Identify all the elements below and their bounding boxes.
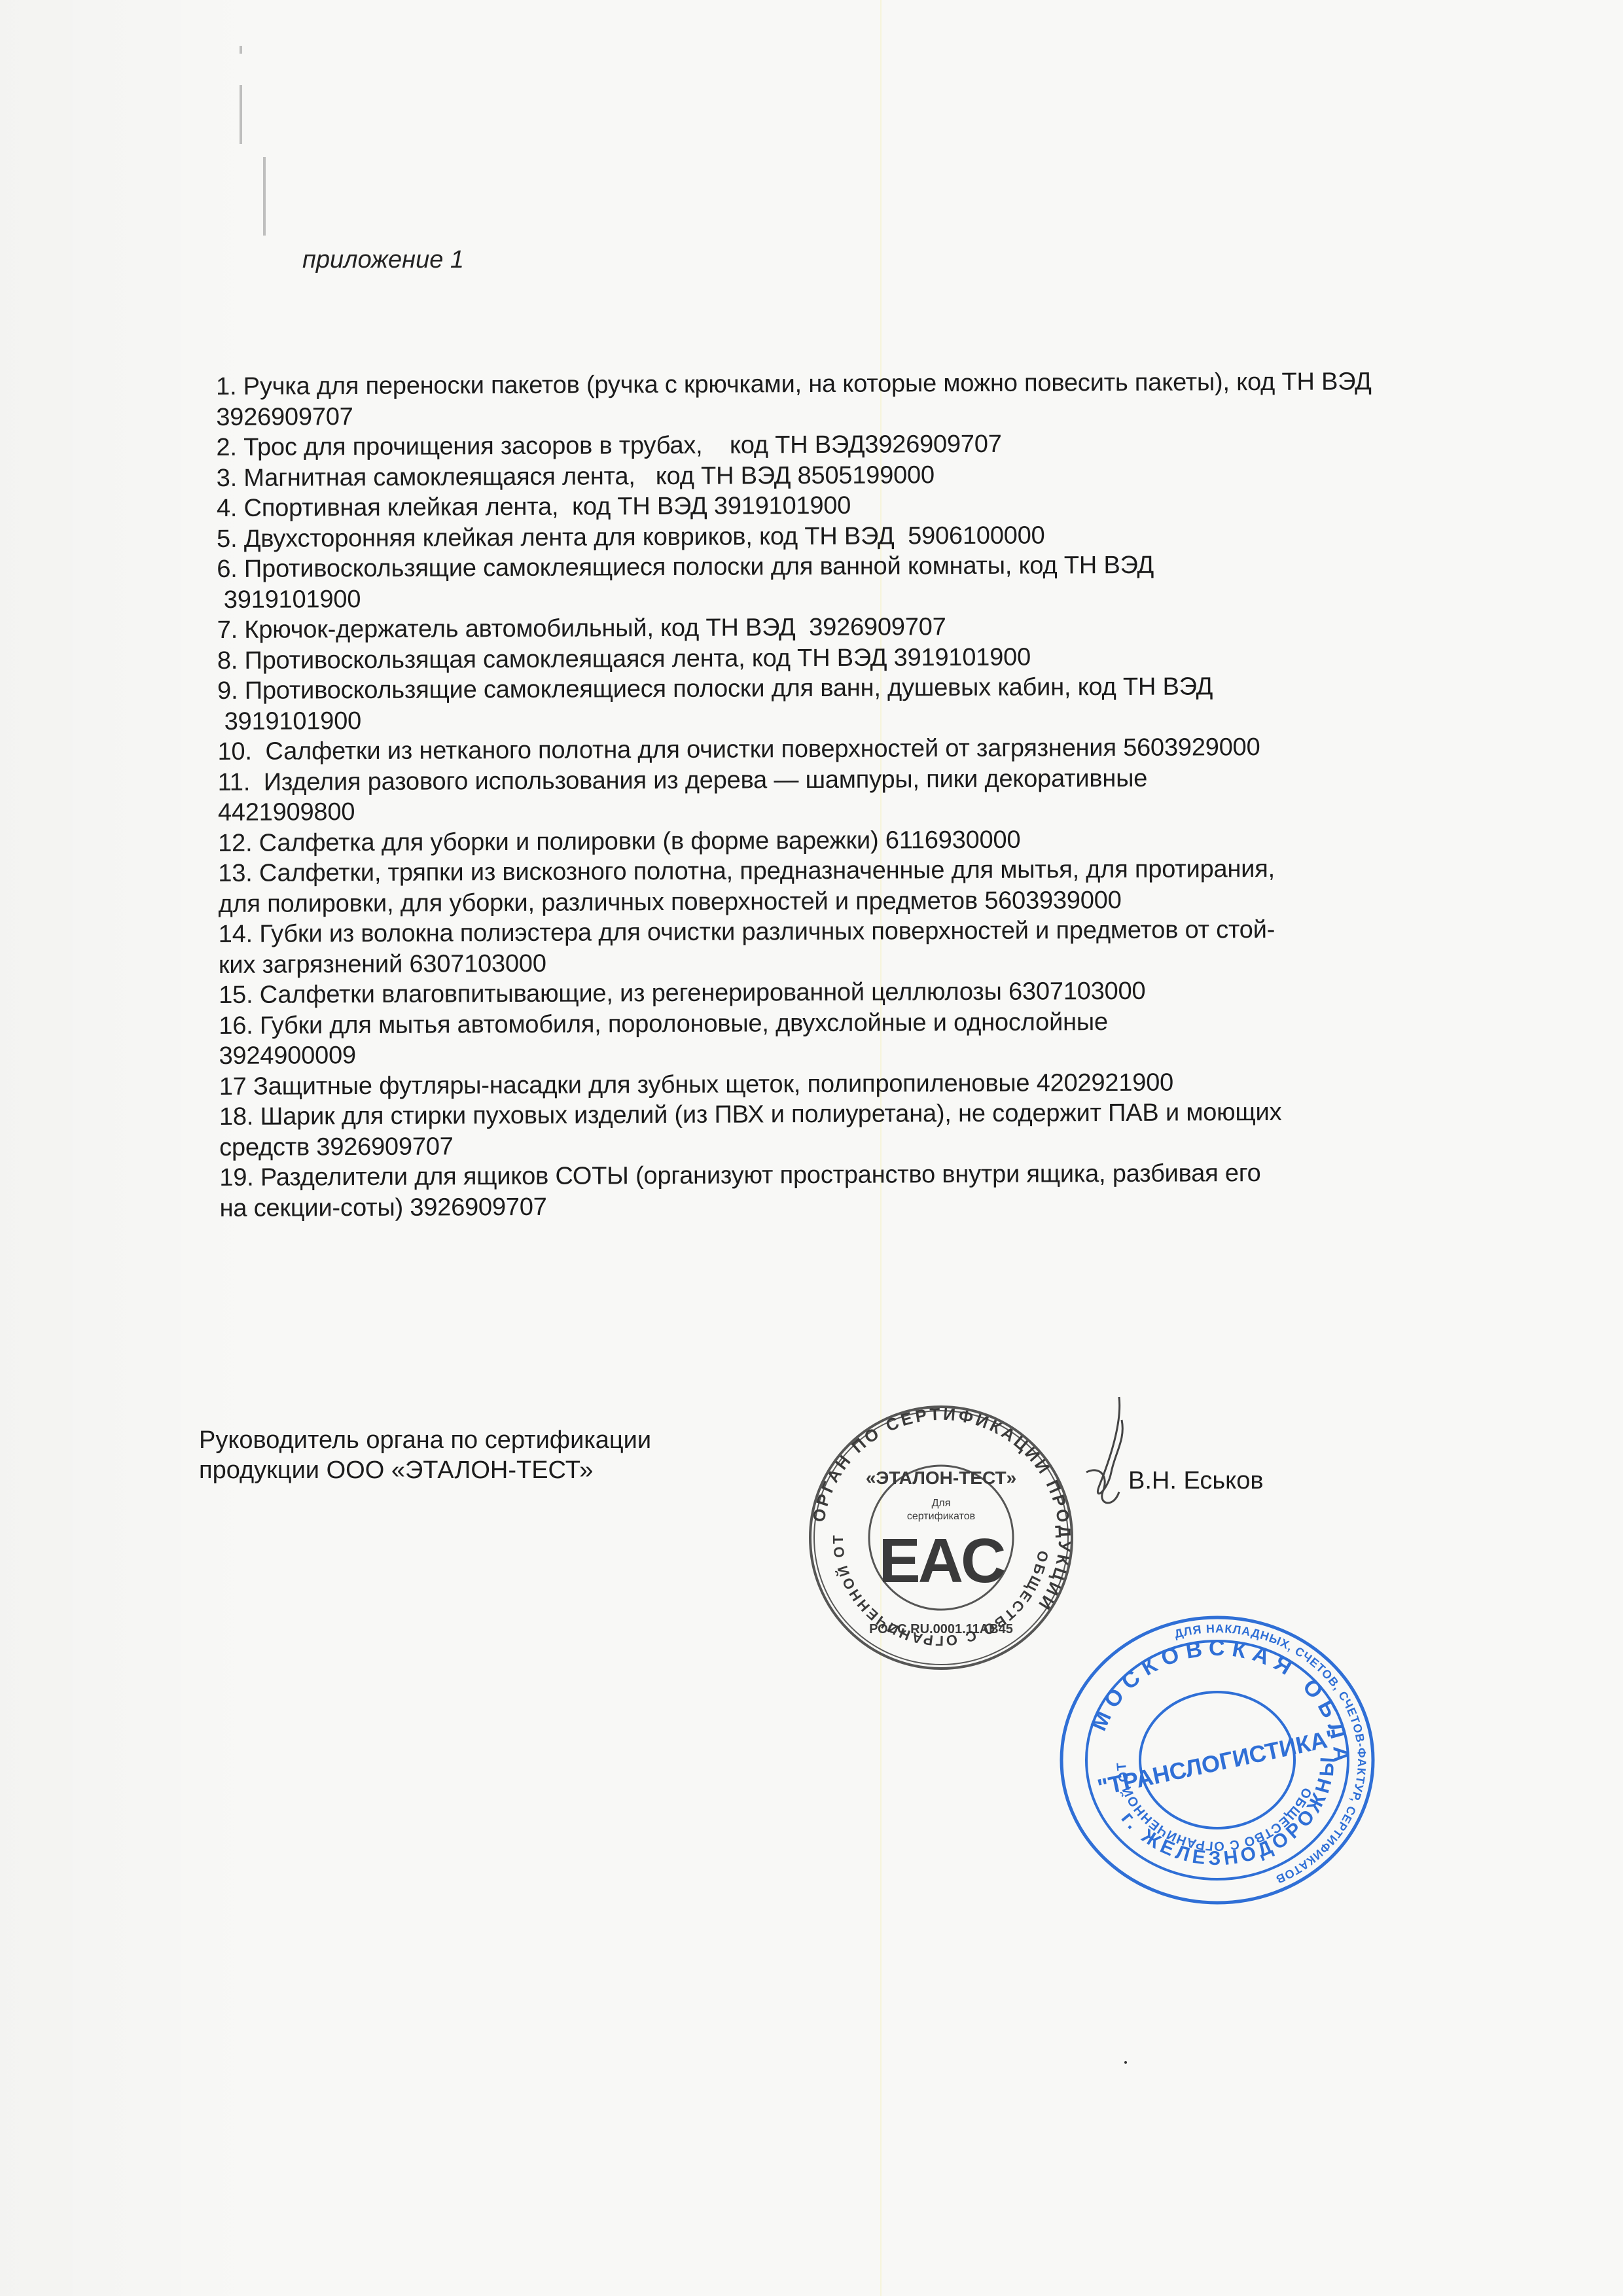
list-item: 13. Салфетки, тряпки из вискозного полот… (218, 853, 1501, 919)
signer-title-line: Руководитель органа по сертификации (199, 1425, 651, 1455)
document-page: приложение 1 1. Ручка для переноски паке… (0, 0, 1623, 2296)
list-item: 18. Шарик для стирки пуховых изделий (из… (219, 1096, 1502, 1163)
list-item: 6. Противоскользящие самоклеящиеся полос… (217, 548, 1499, 615)
eac-mark: EAC (879, 1526, 1005, 1596)
list-item: 19. Разделители для ящиков СОТЫ (организ… (219, 1157, 1502, 1224)
signer-title-line: продукции ООО «ЭТАЛОН-ТЕСТ» (199, 1455, 651, 1485)
list-item: 9. Противоскользящие самоклеящиеся полос… (217, 670, 1500, 737)
margin-mark (240, 46, 242, 54)
margin-mark (240, 85, 242, 144)
list-item: 16. Губки для мытья автомобиля, поролоно… (219, 1005, 1501, 1072)
product-list: 1. Ручка для переноски пакетов (ручка с … (216, 366, 1503, 1224)
signer-name: В.Н. Еськов (1128, 1467, 1264, 1495)
list-item: 1. Ручка для переноски пакетов (ручка с … (216, 366, 1499, 433)
stamp-inner-label: сертификатов (907, 1511, 975, 1522)
scan-speck (1124, 2061, 1127, 2064)
list-item: 11. Изделия разового использования из де… (218, 762, 1501, 828)
stamp-name: «ЭТАЛОН-ТЕСТ» (866, 1468, 1016, 1488)
signer-title: Руководитель органа по сертификации прод… (199, 1425, 651, 1485)
stamp-inner-label: Для (932, 1498, 951, 1509)
appendix-label: приложение 1 (302, 246, 464, 274)
signature (1073, 1394, 1145, 1528)
certification-stamp: ОРГАН ПО СЕРТИФИКАЦИИ ПРОДУКЦИИ ОБЩЕСТВО… (804, 1400, 1079, 1675)
stamp-registration: РОСС RU.0001.11АВ45 (869, 1622, 1013, 1636)
company-stamp: ДЛЯ НАКЛАДНЫХ, СЧЕТОВ, СЧЕТОВ-ФАКТУР, СЕ… (1047, 1610, 1387, 1911)
list-item: 14. Губки из волокна полиэстера для очис… (219, 913, 1501, 980)
margin-mark (263, 157, 266, 236)
